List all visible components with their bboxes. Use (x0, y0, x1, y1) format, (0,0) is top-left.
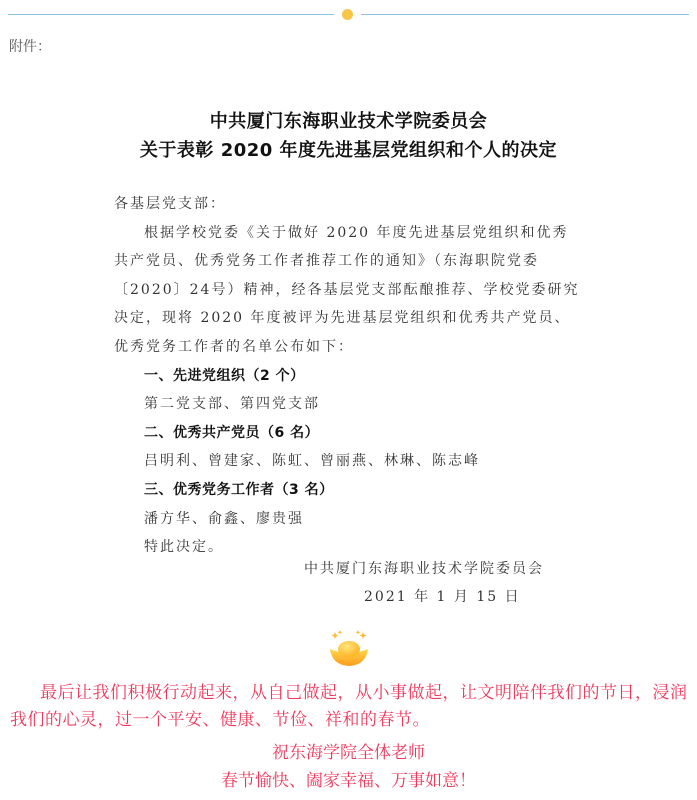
greeting-paragraph: 最后让我们积极行动起来，从自己做起，从小事做起，让文明陪伴我们的节日，浸润我们的… (10, 680, 690, 734)
section-divider (8, 14, 689, 15)
signature-org: 中共厦门东海职业技术学院委员会 (304, 558, 544, 578)
body-paragraph: 根据学校党委《关于做好 2020 年度先进基层党组织和优秀共产党员、优秀党务工作… (114, 219, 584, 362)
salutation: 各基层党支部： (114, 190, 584, 219)
greeting-text: 最后让我们积极行动起来，从自己做起，从小事做起，让文明陪伴我们的节日，浸润我们的… (10, 680, 690, 734)
signature-date: 2021 年 1 月 15 日 (364, 586, 521, 606)
document-title-line2: 关于表彰 2020 年度先进基层党组织和个人的决定 (0, 136, 697, 162)
greeting-wish-line2: 春节愉快、阖家幸福、万事如意！ (0, 766, 697, 791)
divider-dot-icon (342, 9, 353, 20)
section-content-2: 吕明利、曾建家、陈虹、曾丽燕、林琳、陈志峰 (114, 447, 584, 476)
section-heading-3: 三、优秀党务工作者（3 名） (114, 476, 584, 505)
attachment-label: 附件： (9, 36, 51, 56)
section-content-3: 潘方华、俞鑫、廖贵强 (114, 505, 584, 534)
section-heading-1: 一、先进党组织（2 个） (114, 362, 584, 391)
document-title-line1: 中共厦门东海职业技术学院委员会 (0, 107, 697, 133)
section-heading-2: 二、优秀共产党员（6 名） (114, 419, 584, 448)
document-body: 各基层党支部： 根据学校党委《关于做好 2020 年度先进基层党组织和优秀共产党… (114, 190, 584, 562)
divider-line-left (8, 14, 334, 15)
gold-ingot-icon (325, 629, 373, 669)
divider-line-right (361, 14, 689, 15)
greeting-wish-line1: 祝东海学院全体老师 (0, 738, 697, 763)
section-content-1: 第二党支部、第四党支部 (114, 390, 584, 419)
